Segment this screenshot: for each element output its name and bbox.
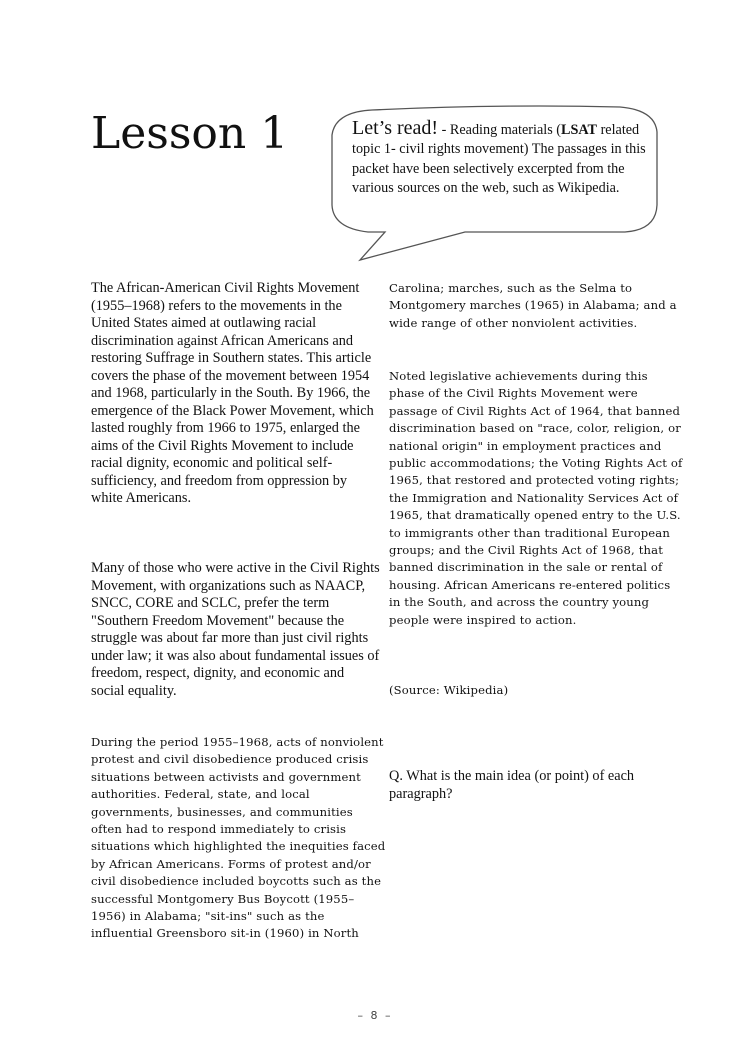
paragraph-legislation: Noted legislative achievements during th… — [389, 368, 685, 629]
callout-bold: LSAT — [561, 122, 597, 138]
paragraph-intro: The African-American Civil Rights Moveme… — [91, 280, 381, 508]
callout-lead: Let’s read! — [352, 117, 438, 139]
source-citation: (Source: Wikipedia) — [389, 682, 685, 699]
paragraph-marches: Carolina; marches, such as the Selma to … — [389, 280, 685, 332]
callout-intro: - Reading materials ( — [438, 122, 561, 138]
document-page: Lesson 1 Let’s read! - Reading materials… — [0, 0, 750, 1061]
paragraph-protest: During the period 1955–1968, acts of non… — [91, 734, 387, 943]
question-prompt: Q. What is the main idea (or point) of e… — [389, 768, 679, 803]
page-number: – 8 – — [0, 1009, 750, 1022]
callout-text: Let’s read! - Reading materials (LSAT re… — [352, 118, 652, 198]
paragraph-freedom-movement: Many of those who were active in the Civ… — [91, 560, 381, 700]
